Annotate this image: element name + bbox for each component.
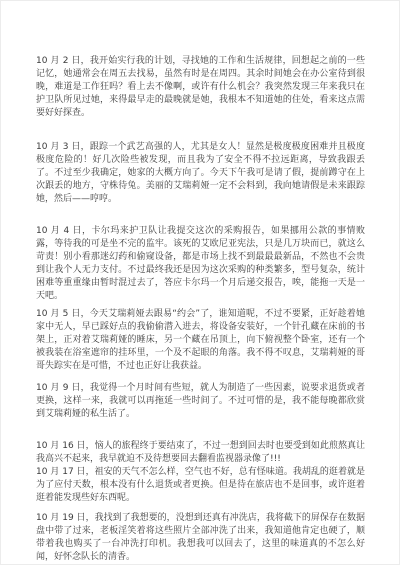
entry-date: 10 月 2 日 [36,56,81,66]
entry-body: ，我觉得一个月时间有些短，就人为制造了一些因素，说要求退货或者更换，这样一来，我… [36,383,365,419]
entry-date: 10 月 16 日 [36,441,86,451]
diary-entry-oct-16: 10 月 16 日，恼人的旅程终于要结束了，不过一想到回去时也要受到如此煎熬真让… [36,440,365,466]
diary-entry-oct-19: 10 月 19 日，我找到了我想要的，没想到还真有冲洗店，我将截下的屏保存在数据… [36,512,365,564]
document-page: 10 月 2 日，我开始实行我的计划，寻找她的工作和生活规律，回想起之前的一些记… [0,0,400,565]
entry-body: ，我开始实行我的计划，寻找她的工作和生活规律，回想起之前的一些记忆，她通常会在周… [36,56,365,118]
entry-date: 10 月 9 日 [36,383,81,393]
entry-date: 10 月 17 日 [36,467,86,477]
entry-body: ，卡尔玛来护卫队让我提交这次的采购报告，如果挪用公款的事情败露，等待我的可是坐不… [36,226,365,301]
entry-body: ，恼人的旅程终于要结束了，不过一想到回去时也要受到如此煎熬真让我高兴不起来，我早… [36,441,365,464]
entry-body: ，跟踪一个武艺高强的人，尤其是女人！显然是极度极度困难并且极度极度危险的！好几次… [36,142,365,204]
entry-body: ，祖安的天气不怎么样，空气也不好，总有怪味道。我胡乱的逛着就是为了应付天数，根本… [36,467,365,503]
entry-date: 10 月 4 日 [36,226,82,236]
diary-entry-oct-5: 10 月 5 日，今天艾瑞莉娅去跟易“约会”了，谁知道呢，不过不要紧，正好趁着她… [36,308,365,373]
diary-entry-oct-3: 10 月 3 日，跟踪一个武艺高强的人，尤其是女人！显然是极度极度困难并且极度极… [36,141,365,206]
entry-date: 10 月 19 日 [36,513,86,523]
entry-body: ，今天艾瑞莉娅去跟易“约会”了，谁知道呢，不过不要紧，正好趁着她家中无人，早已踩… [36,309,365,371]
diary-entry-oct-17: 10 月 17 日，祖安的天气不怎么样，空气也不好，总有怪味道。我胡乱的逛着就是… [36,466,365,505]
diary-entry-oct-2: 10 月 2 日，我开始实行我的计划，寻找她的工作和生活规律，回想起之前的一些记… [36,55,365,120]
diary-entry-oct-9: 10 月 9 日，我觉得一个月时间有些短，就人为制造了一些因素，说要求退货或者更… [36,382,365,421]
entry-date: 10 月 3 日 [36,142,81,152]
entry-body: ，我找到了我想要的，没想到还真有冲洗店，我将截下的屏保存在数据盘中带了过来，老板… [36,513,365,562]
diary-entry-oct-4: 10 月 4 日，卡尔玛来护卫队让我提交这次的采购报告，如果挪用公款的事情败露，… [36,225,365,303]
entry-date: 10 月 5 日 [36,309,81,319]
